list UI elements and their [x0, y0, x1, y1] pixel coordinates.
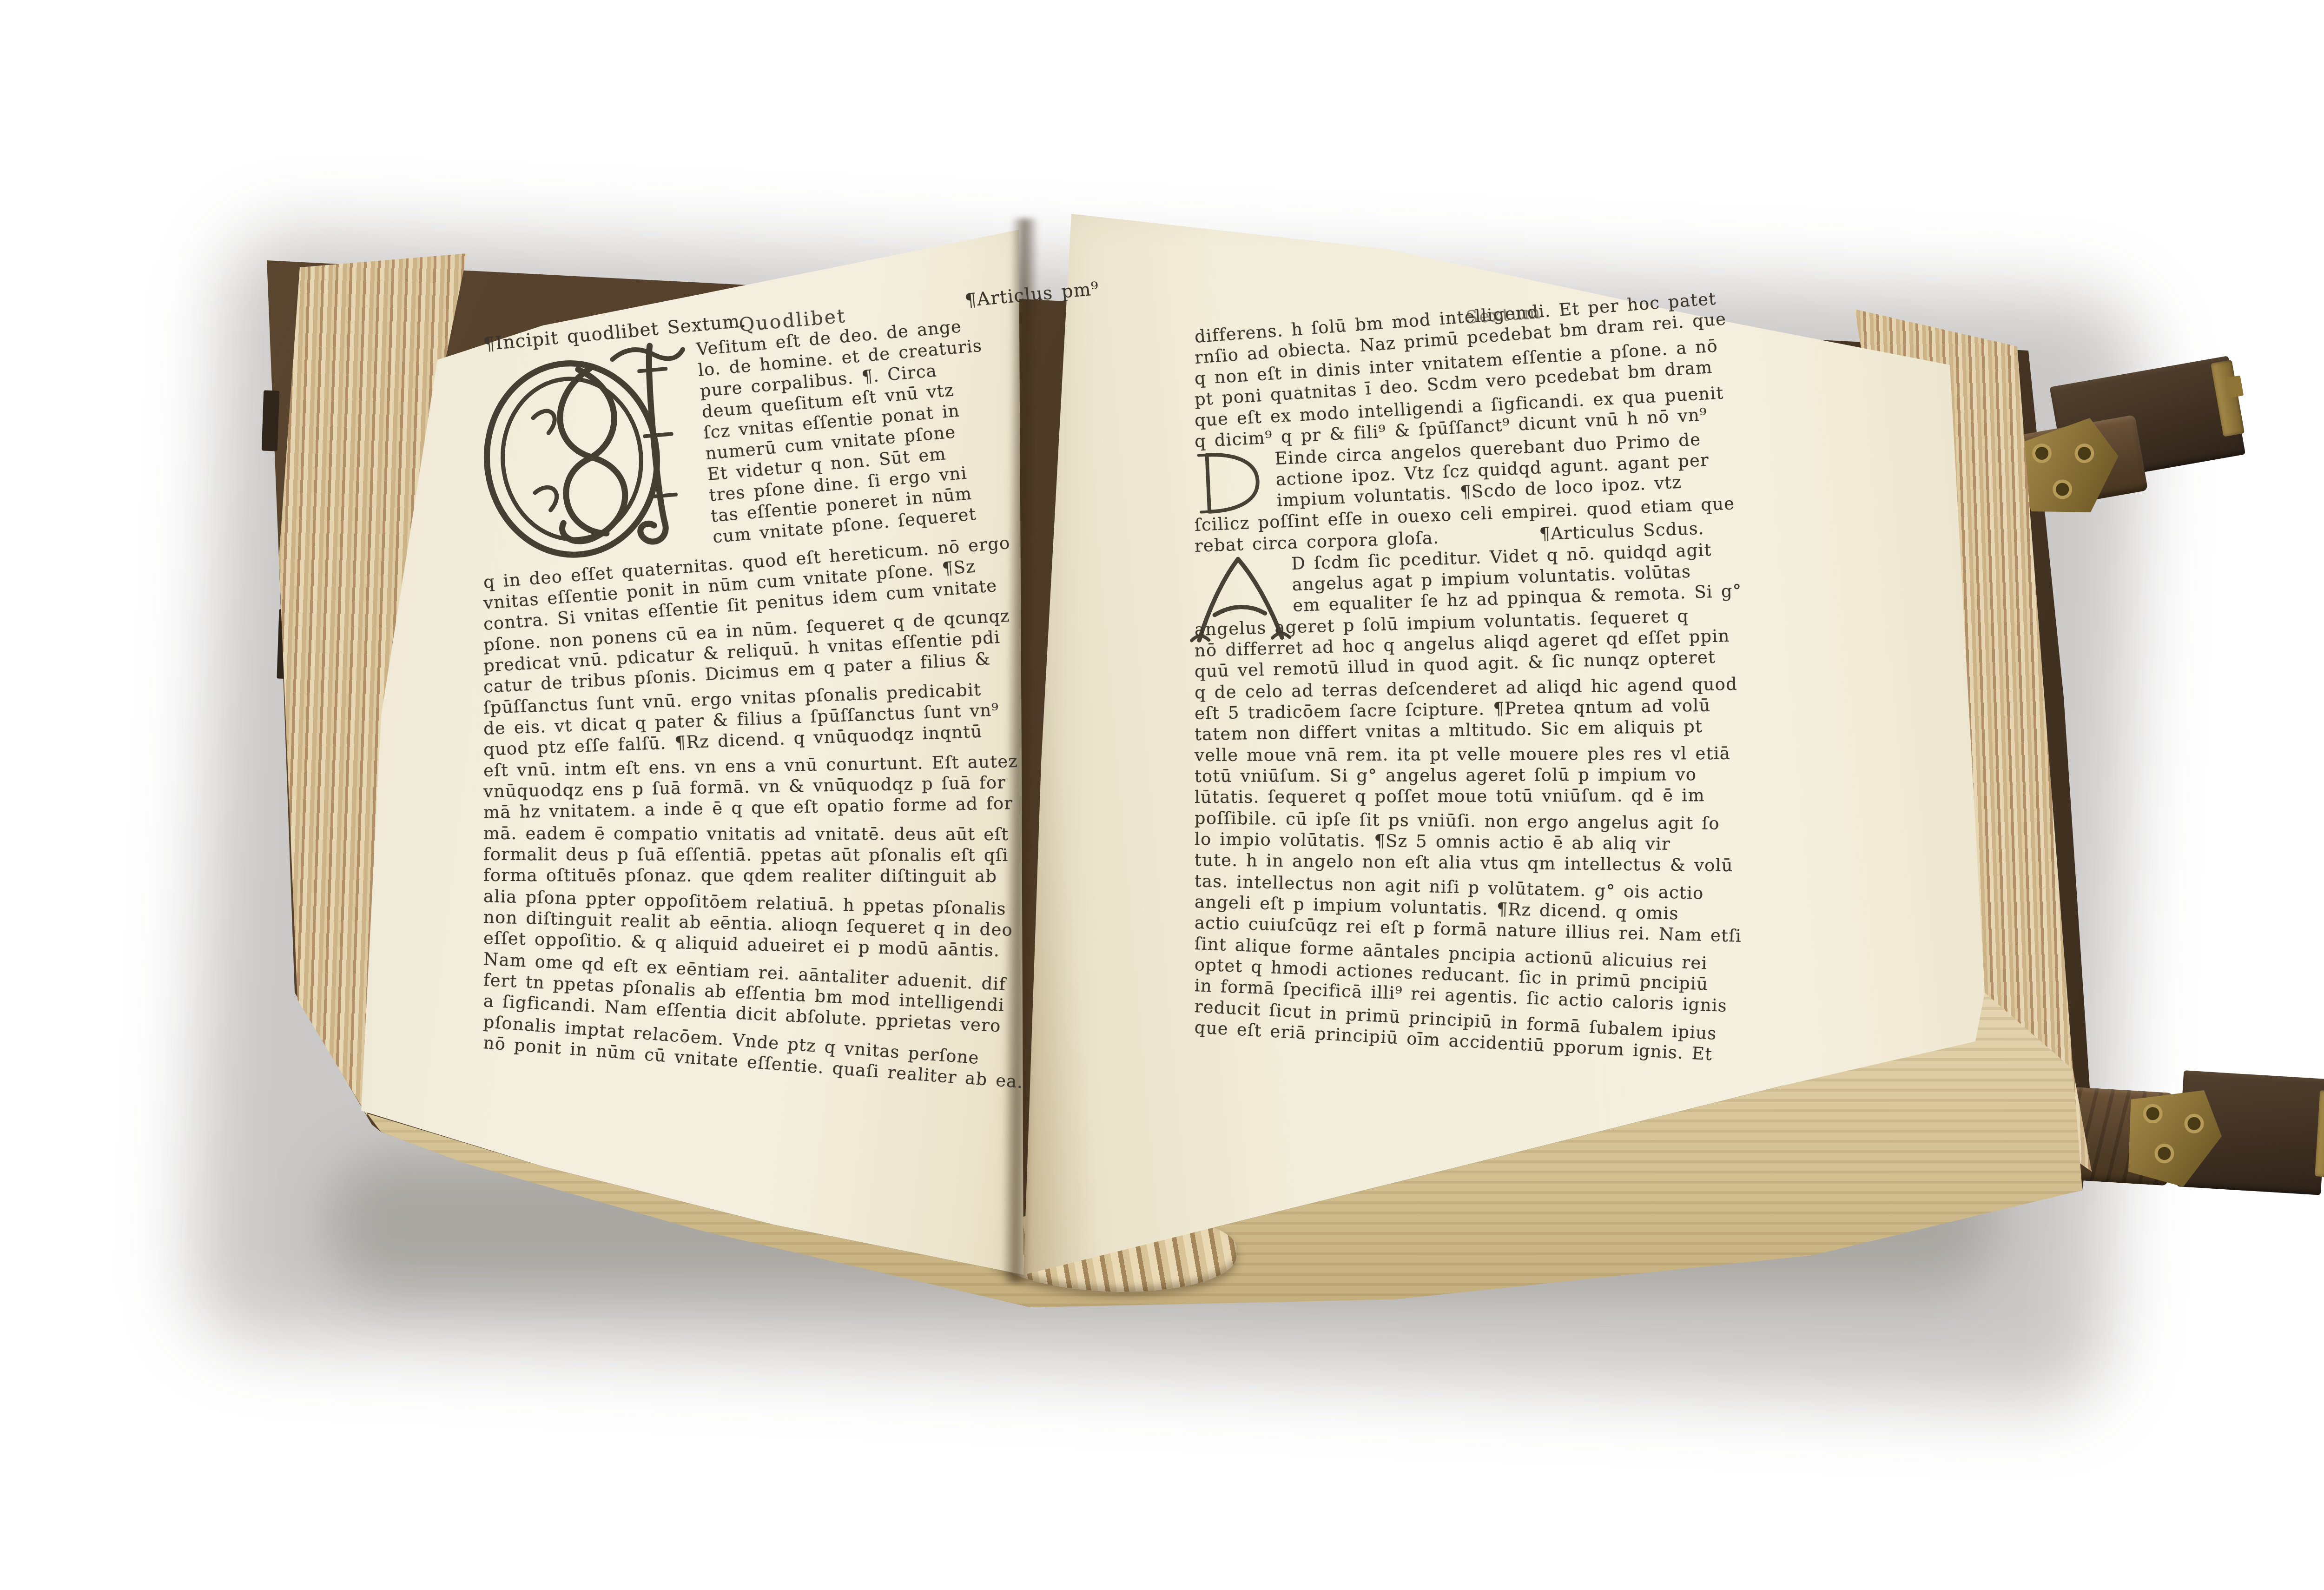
- text-line: lūtatis. ſequeret q poſſet moue totū vni…: [1195, 784, 1813, 808]
- rivet: [2184, 1113, 2204, 1134]
- clasp-catch-notch-top: [2226, 375, 2244, 398]
- photo-scene: Quodlibets Thr Quodlibet ¶Incipit quodli…: [0, 0, 2324, 1590]
- text-line: formalit deus p ſuā eſſentiā. ppetas aūt…: [483, 844, 1102, 866]
- text-line: totū vniūſum. Si g° angelus ageret ſolū …: [1195, 763, 1813, 787]
- rivet: [2073, 442, 2096, 465]
- text-line: velle moue vnā rem. ita pt velle mouere …: [1195, 742, 1813, 766]
- right-page-lines: angelus ageret p ſolū impium voluntatis.…: [1195, 619, 1813, 1038]
- text-line: forma oſtituēs pſonaz. que qdem realiter…: [483, 865, 1102, 887]
- rivet: [2154, 1143, 2174, 1164]
- rivet: [2142, 1103, 2163, 1124]
- left-page-lines: q in deo eſſet quaternitas. quod eſt her…: [483, 572, 1102, 1053]
- left-page-text: Quodlibet ¶Incipit quodlibet Sextum. ¶Ar…: [483, 309, 1102, 1053]
- rivet: [2031, 442, 2053, 465]
- rivet: [2051, 478, 2074, 501]
- text-line: mā. eadem ē compatio vnitatis ad vnitatē…: [483, 823, 1102, 845]
- right-page-text: Sextum differens. h ſolū bm mod intellig…: [1195, 303, 1813, 1038]
- left-board-catch-plate: [262, 390, 280, 451]
